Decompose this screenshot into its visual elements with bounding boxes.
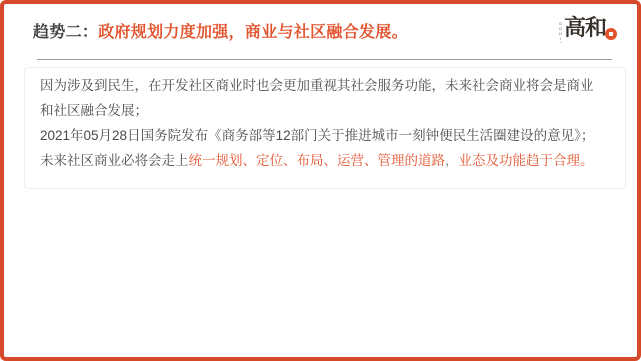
page-title: 趋势二：政府规划力度加强，商业与社区融合发展。 <box>33 19 408 42</box>
paragraph-3-highlight-2: 业态及功能趋于合理。 <box>459 153 594 168</box>
paragraph-1-line-2: 和社区融合发展； <box>40 98 611 123</box>
slide: 趋势二：政府规划力度加强，商业与社区融合发展。 GOHIGH 高和 因为涉及到民… <box>0 0 641 361</box>
logo-text: 高和 <box>564 15 606 41</box>
logo-vertical-text: GOHIGH <box>558 21 563 43</box>
paragraph-3: 未来社区商业必将会走上统一规划、定位、布局、运营、管理的道路，业态及功能趋于合理… <box>40 148 611 173</box>
title-emphasis: 政府规划力度加强，商业与社区融合发展。 <box>98 24 408 41</box>
paragraph-3-comma: ， <box>445 153 459 168</box>
paragraph-2: 2021年05月28日国务院发布《商务部等12部门关于推进城市一刻钟便民生活圈建… <box>40 123 611 148</box>
paragraph-3-highlight: 统一规划、定位、布局、运营、管理的道路 <box>189 153 446 168</box>
body-text-panel: 因为涉及到民生，在开发社区商业时也会更加重视其社会服务功能，未来社会商业将会是商… <box>24 67 626 189</box>
paragraph-1-line-1: 因为涉及到民生，在开发社区商业时也会更加重视其社会服务功能，未来社会商业将会是商… <box>40 73 611 98</box>
title-prefix: 趋势二： <box>33 24 98 41</box>
gaohe-logo: GOHIGH 高和 <box>558 15 617 43</box>
logo-dot-hole <box>609 32 613 36</box>
paragraph-3-lead: 未来社区商业必将会走上 <box>40 153 189 168</box>
logo-dot-icon <box>605 28 617 40</box>
title-divider <box>37 59 612 60</box>
